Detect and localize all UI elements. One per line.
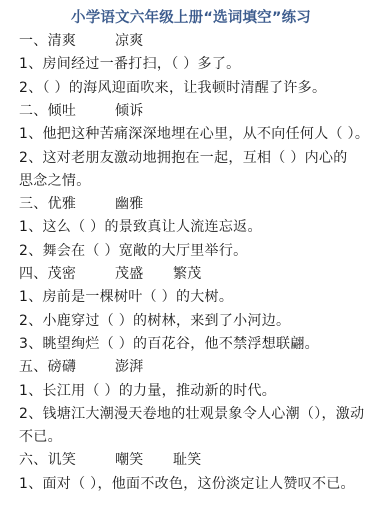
word-option: 耻笑 [173,450,202,470]
exercise-item: 2、小鹿穿过（ ）的树林，来到了小河边。 [19,311,290,331]
word-option: 幽雅 [115,194,144,214]
exercise-item: 3、眺望绚烂（ ）的百花谷，他不禁浮想联翩。 [19,334,319,354]
section-heading-2: 二、倾吐倾诉 [19,101,144,121]
exercise-item: 1、长江用（ ）的力量，推动新的时代。 [19,381,276,401]
section-heading-6: 六、讥笑嘲笑耻笑 [19,450,202,470]
word-option: 凉爽 [115,31,144,51]
word-option: 澎湃 [115,357,144,377]
document-title: 小学语文六年级上册“选词填空”练习 [0,6,382,27]
word-option: 繁茂 [173,264,202,284]
word-option: 五、磅礴 [19,357,115,377]
exercise-item: 1、这么（ ）的景致真让人流连忘返。 [19,217,262,237]
exercise-item: 2、（ ）的海风迎面吹来，让我顿时清醒了许多。 [19,78,326,98]
section-heading-1: 一、清爽凉爽 [19,31,144,51]
exercise-item-continued: 思念之情。 [19,171,91,191]
exercise-item: 1、房前是一棵树叶（ ）的大树。 [19,287,233,307]
word-option: 茂盛 [115,264,173,284]
word-option: 嘲笑 [115,450,173,470]
exercise-item: 1、面对（ ），他面不改色，这份淡定让人赞叹不已。 [19,474,355,494]
section-heading-3: 三、优雅幽雅 [19,194,144,214]
exercise-item-continued: 不已。 [19,427,62,447]
word-option: 二、倾吐 [19,101,115,121]
exercise-item: 1、他把这种苦痛深深地埋在心里，从不向任何人（ ）。 [19,124,369,144]
exercise-item: 2、舞会在（ ）宽敞的大厅里举行。 [19,241,247,261]
section-heading-5: 五、磅礴澎湃 [19,357,144,377]
word-option: 一、清爽 [19,31,115,51]
word-option: 倾诉 [115,101,144,121]
section-heading-4: 四、茂密茂盛繁茂 [19,264,202,284]
exercise-item: 1、房间经过一番打扫，（ ）多了。 [19,54,240,74]
exercise-item: 2、钱塘江大潮漫天卷地的壮观景象令人心潮（），激动 [19,404,364,424]
word-option: 六、讥笑 [19,450,115,470]
exercise-item: 2、这对老朋友激动地拥抱在一起，互相（ ）内心的 [19,148,348,168]
word-option: 四、茂密 [19,264,115,284]
word-option: 三、优雅 [19,194,115,214]
